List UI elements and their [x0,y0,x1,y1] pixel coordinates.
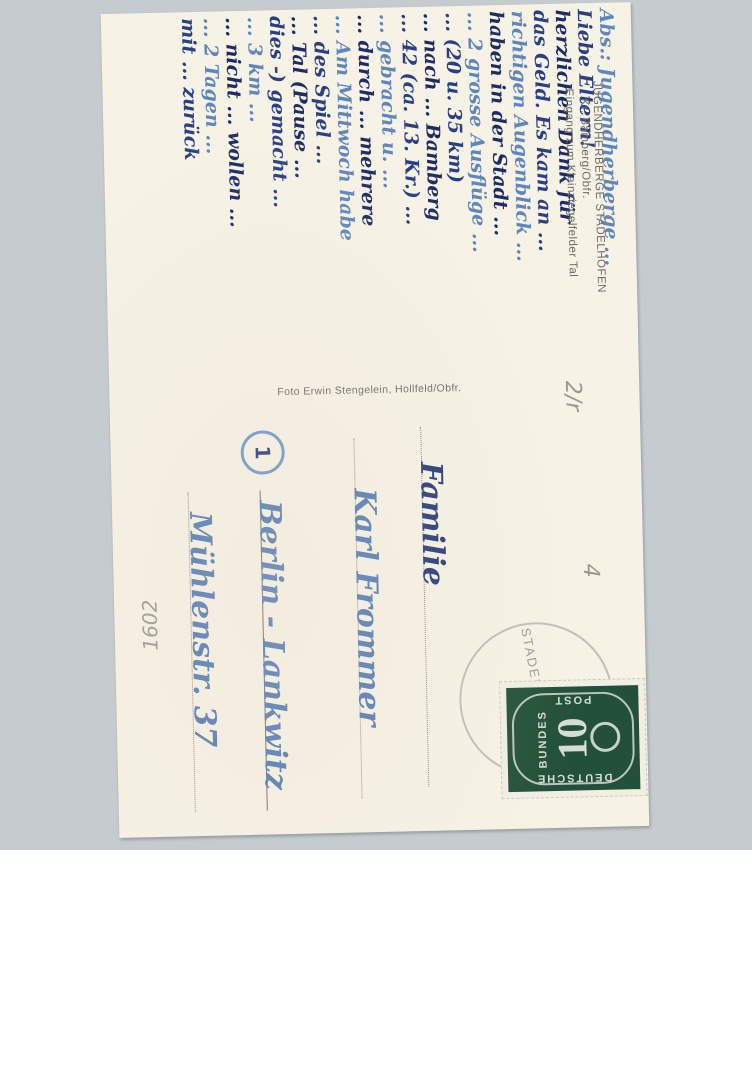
address-name: Karl Frommer [347,488,387,727]
printed-district: Kr. Bamberg/Obfr. [578,98,592,199]
stamp-oval-frame: DEUTSCHE POST BUNDES 10 [511,691,635,786]
handwritten-message: Abs.: Jugendherberge ... Liebe Eltern! h… [101,2,630,414]
postage-stamp: DEUTSCHE POST BUNDES 10 [499,678,648,799]
stamp-value: 10 [549,717,598,760]
postal-district-circle: 1 [240,430,285,475]
address-recipient-line: Familie [413,461,451,586]
pencil-mark-left-edge: 1602 [137,599,162,650]
stamp-text-top: DEUTSCHE [536,771,613,785]
address-city: Berlin - Lankwitz [252,500,294,790]
stamp-text-bottom: POST [553,693,591,706]
address-street: Mühlenstr. 37 [182,512,222,748]
pencil-mark-middle-right: 4 [578,563,603,578]
postcard: Abs.: Jugendherberge ... Liebe Eltern! h… [101,2,650,838]
stamp-face: DEUTSCHE POST BUNDES 10 [506,685,640,792]
pencil-mark-top-right: 2/r [560,380,586,411]
